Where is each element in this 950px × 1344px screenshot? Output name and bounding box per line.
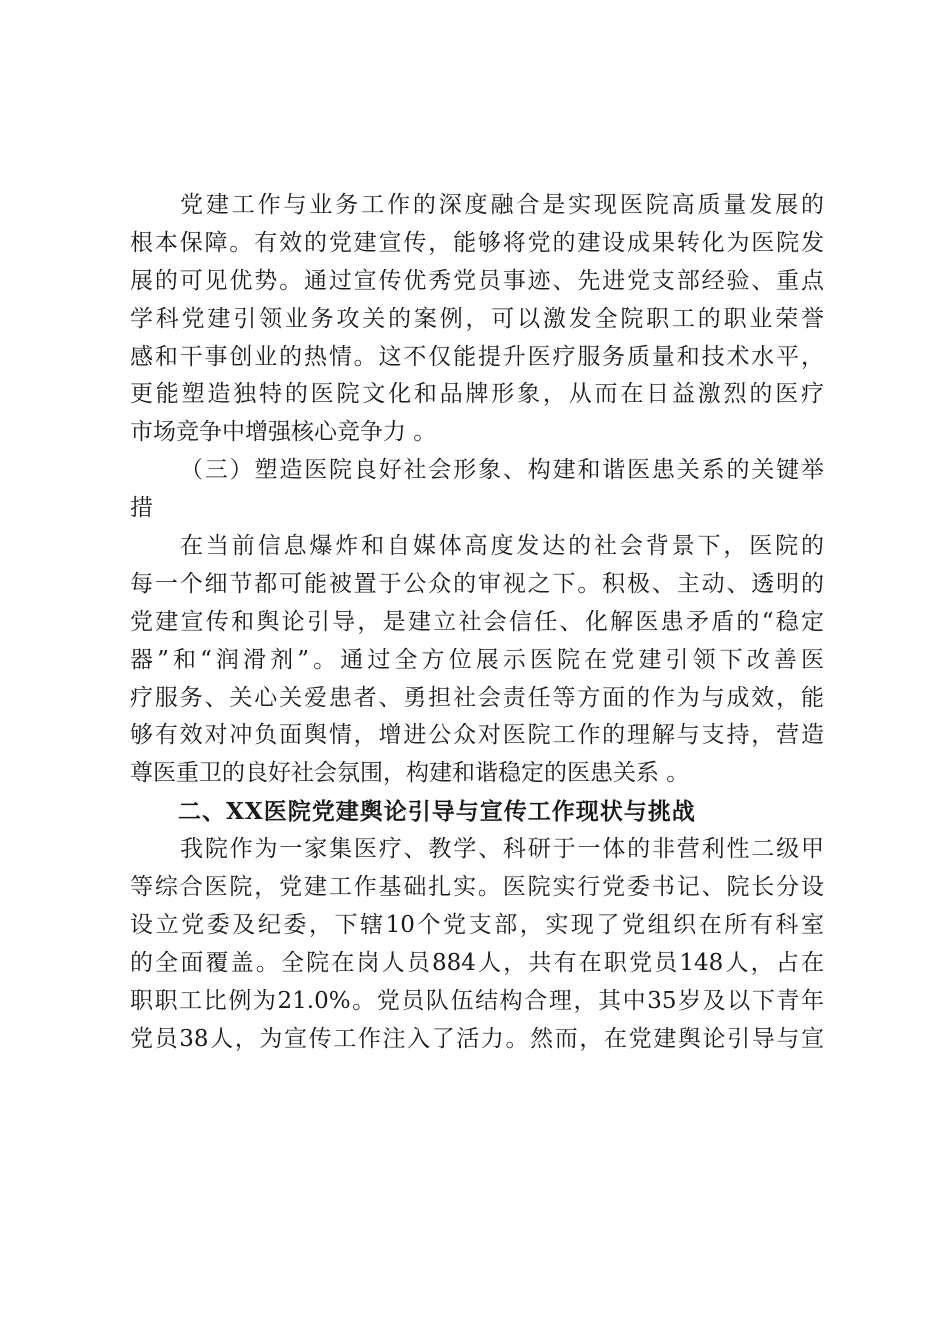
- text-line: 设立党委及纪委，下辖10个党支部，实现了党组织在所有科室: [130, 907, 824, 945]
- section-heading: 二、XX医院党建舆论引导与宣传工作现状与挑战: [130, 793, 824, 831]
- text-line: 的全面覆盖。全院在岗人员884人，共有在职党员148人，占在: [130, 945, 824, 983]
- text-line: 学科党建引领业务攻关的案例，可以激发全院职工的职业荣誉: [130, 301, 824, 339]
- section-heading-two: 二、XX医院党建舆论引导与宣传工作现状与挑战: [130, 793, 824, 831]
- text-line: 尊医重卫的良好社会氛围，构建和谐稳定的医患关系 。: [130, 755, 824, 793]
- text-line: 市场竞争中增强核心竞争力 。: [130, 414, 824, 452]
- text-line: 根本保障。有效的党建宣传，能够将党的建设成果转化为医院发: [130, 225, 824, 263]
- document-page: 党建工作与业务工作的深度融合是实现医院高质量发展的 根本保障。有效的党建宣传，能…: [130, 187, 824, 1058]
- subheading-line: （三）塑造医院良好社会形象、构建和谐医患关系的关键举: [130, 452, 824, 490]
- text-line: 在当前信息爆炸和自媒体高度发达的社会背景下，医院的: [130, 528, 824, 566]
- text-line: 党建工作与业务工作的深度融合是实现医院高质量发展的: [130, 187, 824, 225]
- text-line: 党员38人，为宣传工作注入了活力。然而，在党建舆论引导与宣: [130, 1021, 824, 1059]
- paragraph-hospital-status: 我院作为一家集医疗、教学、科研于一体的非营利性二级甲 等综合医院，党建工作基础扎…: [130, 831, 824, 1058]
- subheading-line: 措: [130, 490, 824, 528]
- text-line: 等综合医院，党建工作基础扎实。医院实行党委书记、院长分设: [130, 869, 824, 907]
- text-line: 每一个细节都可能被置于公众的审视之下。积极、主动、透明的: [130, 566, 824, 604]
- text-line: 展的可见优势。通过宣传优秀党员事迹、先进党支部经验、重点: [130, 263, 824, 301]
- text-line: 职职工比例为21.0%。党员队伍结构合理，其中35岁及以下青年: [130, 983, 824, 1021]
- paragraph-social-image: 在当前信息爆炸和自媒体高度发达的社会背景下，医院的 每一个细节都可能被置于公众的…: [130, 528, 824, 793]
- text-line: 党建宣传和舆论引导，是建立社会信任、化解医患矛盾的“稳定: [130, 604, 824, 642]
- text-line: 感和干事创业的热情。这不仅能提升医疗服务质量和技术水平，: [130, 339, 824, 377]
- text-line: 够有效对冲负面舆情，增进公众对医院工作的理解与支持，营造: [130, 717, 824, 755]
- text-line: 疗服务、关心关爱患者、勇担社会责任等方面的作为与成效，能: [130, 680, 824, 718]
- text-line: 我院作为一家集医疗、教学、科研于一体的非营利性二级甲: [130, 831, 824, 869]
- text-line: 更能塑造独特的医院文化和品牌形象，从而在日益激烈的医疗: [130, 376, 824, 414]
- text-line: 器”和“润滑剂”。通过全方位展示医院在党建引领下改善医: [130, 642, 824, 680]
- subheading-section-three: （三）塑造医院良好社会形象、构建和谐医患关系的关键举 措: [130, 452, 824, 528]
- paragraph-party-business-integration: 党建工作与业务工作的深度融合是实现医院高质量发展的 根本保障。有效的党建宣传，能…: [130, 187, 824, 452]
